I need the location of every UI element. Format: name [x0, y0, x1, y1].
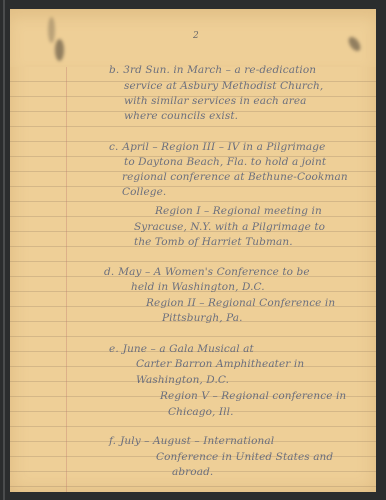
- item-c-sub-line-1: Region I – Regional meeting in: [155, 204, 322, 219]
- item-marker: d.: [104, 266, 114, 278]
- item-marker: e.: [109, 343, 119, 355]
- item-d-sub-line-2: Pittsburgh, Pa.: [162, 311, 243, 326]
- item-e-sub-line-1: Region V – Regional conference in: [160, 389, 346, 404]
- item-marker: c.: [109, 141, 118, 153]
- item-b-line-1: b.3rd Sun. in March – a re-dedication: [109, 63, 316, 78]
- item-c-line-1: c.April – Region III – IV in a Pilgrimag…: [109, 140, 325, 155]
- item-f-line-1: f.July – August – International: [109, 434, 274, 449]
- handwritten-page: 2 b.3rd Sun. in March – a re-dedication …: [10, 9, 376, 492]
- item-b-line-2: service at Asbury Methodist Church,: [124, 79, 323, 94]
- item-f-line-3: abroad.: [172, 465, 213, 480]
- item-c-line-3: regional conference at Bethune-Cookman: [122, 170, 348, 185]
- page-number: 2: [193, 31, 199, 41]
- item-c-sub-line-2: Syracuse, N.Y. with a Pilgrimage to: [134, 220, 325, 235]
- item-c-line-2: to Daytona Beach, Fla. to hold a joint: [124, 155, 326, 170]
- item-b-line-3: with similar services in each area: [124, 94, 307, 109]
- ink-stain-left-lower: [55, 39, 64, 61]
- item-marker: b.: [109, 64, 119, 76]
- item-d-line-1: d.May – A Women's Conference to be: [104, 265, 310, 280]
- ink-stain-left: [48, 17, 55, 43]
- item-e-line-1: e.June – a Gala Musical at: [109, 342, 254, 357]
- item-b-line-4: where councils exist.: [124, 109, 238, 124]
- item-d-sub-line-1: Region II – Regional Conference in: [146, 296, 335, 311]
- scan-frame-edge: [3, 0, 5, 500]
- ink-stain-right: [346, 35, 363, 53]
- item-e-line-2: Carter Barron Amphitheater in: [136, 357, 304, 372]
- item-e-sub-line-2: Chicago, Ill.: [168, 405, 234, 420]
- item-marker: f.: [109, 435, 116, 447]
- item-d-line-2: held in Washington, D.C.: [131, 280, 265, 295]
- item-e-line-3: Washington, D.C.: [136, 373, 229, 388]
- item-f-line-2: Conference in United States and: [156, 450, 333, 465]
- item-c-sub-line-3: the Tomb of Harriet Tubman.: [134, 235, 293, 250]
- item-c-line-4: College.: [122, 185, 166, 200]
